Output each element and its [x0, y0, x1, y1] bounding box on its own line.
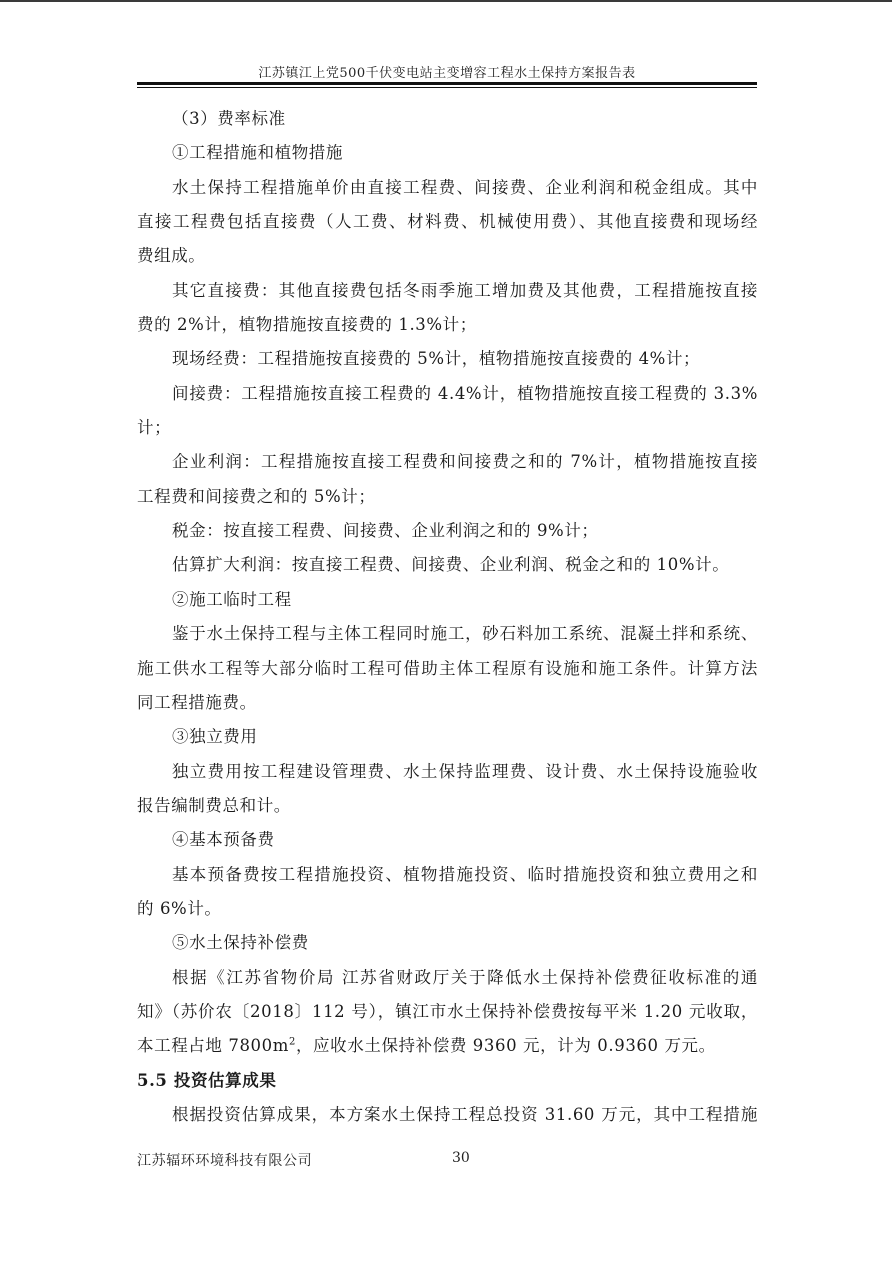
text-line: 知》（苏价农〔2018〕112 号），镇江市水土保持补偿费按每平米 1.20 元… — [137, 995, 758, 1029]
text-line: 鉴于水土保持工程与主体工程同时施工，砂石料加工系统、混凝土拌和系统、 — [137, 617, 758, 651]
text-line: 计； — [137, 411, 758, 445]
text-line: 费的 2%计，植物措施按直接费的 1.3%计； — [137, 308, 758, 342]
text-line: 税金：按直接工程费、间接费、企业利润之和的 9%计； — [137, 514, 758, 548]
page-top-border — [0, 0, 892, 2]
text-line: ②施工临时工程 — [137, 583, 758, 617]
text-line: ⑤水土保持补偿费 — [137, 926, 758, 960]
header-rule-thick — [137, 82, 757, 85]
final-paragraph-line: 根据投资估算成果，本方案水土保持工程总投资 31.60 万元，其中工程措施 — [137, 1098, 758, 1132]
text-line: 现场经费：工程措施按直接费的 5%计，植物措施按直接费的 4%计； — [137, 342, 758, 376]
text-line: 的 6%计。 — [137, 892, 758, 926]
text-line: ④基本预备费 — [137, 823, 758, 857]
text-line: 工程费和间接费之和的 5%计； — [137, 480, 758, 514]
area-line: 本工程占地 7800m2，应收水土保持补偿费 9360 元，计为 0.9360 … — [137, 1029, 758, 1063]
area-superscript: 2 — [289, 1037, 296, 1048]
text-line: 水土保持工程措施单价由直接工程费、间接费、企业利润和税金组成。其中 — [137, 171, 758, 205]
text-line: ①工程措施和植物措施 — [137, 136, 758, 170]
section-heading-5-5: 5.5 投资估算成果 — [137, 1064, 758, 1098]
footer-company-name: 江苏辐环环境科技有限公司 — [137, 1150, 312, 1170]
text-line: 企业利润：工程措施按直接工程费和间接费之和的 7%计，植物措施按直接 — [137, 445, 758, 479]
text-line: 间接费：工程措施按直接工程费的 4.4%计，植物措施按直接工程费的 3.3% — [137, 377, 758, 411]
text-line: 费组成。 — [137, 239, 758, 273]
header-rule-thin — [137, 87, 757, 88]
text-line: ③独立费用 — [137, 720, 758, 754]
area-text-before: 本工程占地 7800m — [137, 1036, 289, 1055]
text-line: 直接工程费包括直接费（人工费、材料费、机械使用费）、其他直接费和现场经 — [137, 205, 758, 239]
text-line: 施工供水工程等大部分临时工程可借助主体工程原有设施和施工条件。计算方法 — [137, 652, 758, 686]
text-line: 基本预备费按工程措施投资、植物措施投资、临时措施投资和独立费用之和 — [137, 858, 758, 892]
area-text-after: ，应收水土保持补偿费 9360 元，计为 0.9360 万元。 — [296, 1036, 716, 1055]
paragraph-lines: （3）费率标准①工程措施和植物措施水土保持工程措施单价由直接工程费、间接费、企业… — [137, 102, 758, 1029]
text-line: 报告编制费总和计。 — [137, 789, 758, 823]
text-line: （3）费率标准 — [137, 102, 758, 136]
text-line: 独立费用按工程建设管理费、水土保持监理费、设计费、水土保持设施验收 — [137, 755, 758, 789]
body-content: （3）费率标准①工程措施和植物措施水土保持工程措施单价由直接工程费、间接费、企业… — [137, 102, 758, 1132]
text-line: 根据《江苏省物价局 江苏省财政厅关于降低水土保持补偿费征收标准的通 — [137, 961, 758, 995]
running-header-title: 江苏镇江上党500千伏变电站主变增容工程水土保持方案报告表 — [137, 62, 757, 81]
text-line: 同工程措施费。 — [137, 686, 758, 720]
footer-page-number: 30 — [452, 1150, 470, 1166]
text-line: 其它直接费：其他直接费包括冬雨季施工增加费及其他费，工程措施按直接 — [137, 274, 758, 308]
text-line: 估算扩大利润：按直接工程费、间接费、企业利润、税金之和的 10%计。 — [137, 548, 758, 582]
